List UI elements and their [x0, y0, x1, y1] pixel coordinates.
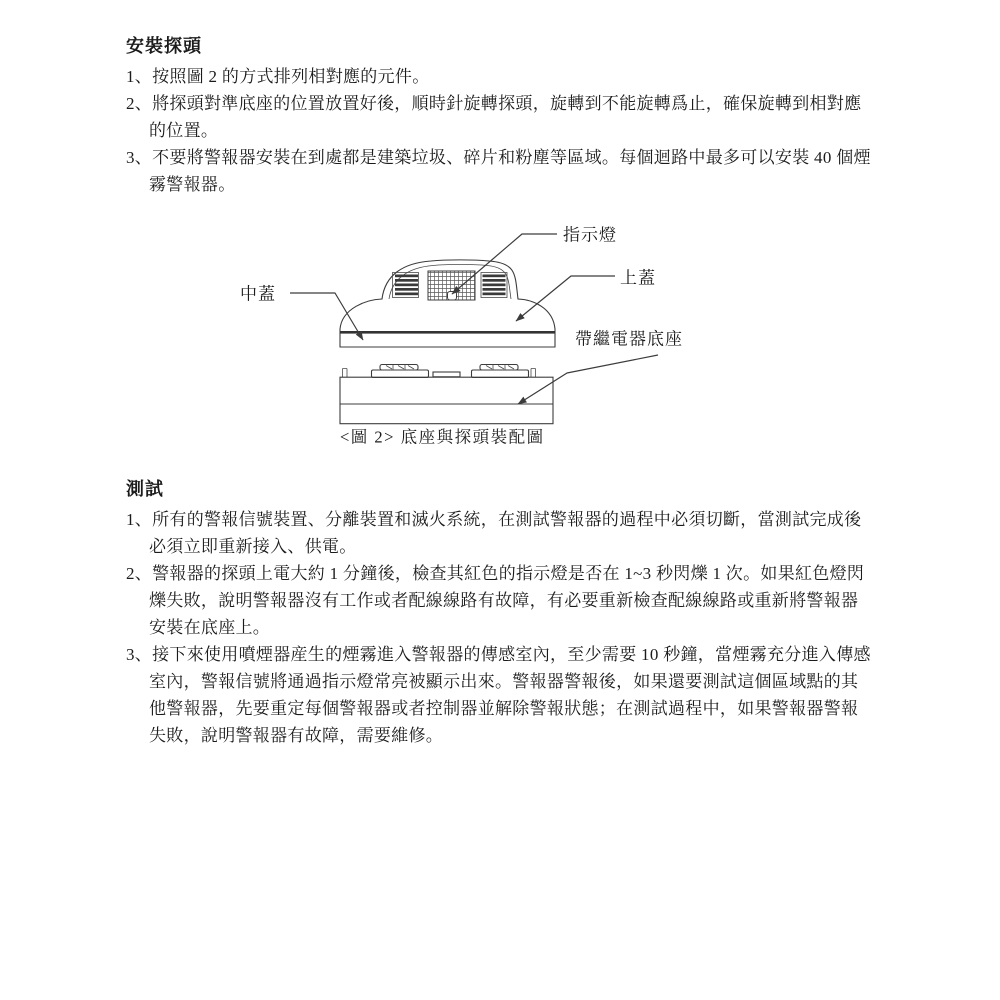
- list-item-line: 爍失敗，說明警報器沒有工作或者配線線路有故障，有必要重新檢查配線線路或重新將警報…: [126, 587, 896, 614]
- label-middle-cover: 中蓋: [240, 285, 276, 304]
- section-test: 測試 1、所有的警報信號裝置、分離裝置和滅火系統，在測試警報器的過程中必須切斷，…: [126, 479, 896, 749]
- list-item-line: 3、不要將警報器安裝在到處都是建築垃圾、碎片和粉塵等區域。每個迴路中最多可以安裝…: [126, 144, 896, 171]
- label-indicator: 指示燈: [563, 226, 617, 245]
- middle-cover-band: [340, 331, 555, 334]
- indicator-led: [448, 292, 457, 301]
- section-install: 安裝探頭 1、按照圖 2 的方式排列相對應的元件。2、將探頭對準底座的位置放置好…: [126, 36, 896, 198]
- leader-lines: [290, 234, 658, 404]
- list-item-line: 1、按照圖 2 的方式排列相對應的元件。: [126, 63, 896, 90]
- leader-relay-base: [518, 355, 658, 404]
- figure-assembly-diagram: 指示燈 上蓋 中蓋 帶繼電器底座 <圖 2> 底座與探頭裝配圖: [230, 212, 750, 464]
- list-item-line: 他警報器，先要重定每個警報器或者控制器並解除警報狀態；在測試過程中，如果警報器警…: [126, 695, 896, 722]
- relay-base-outline: [340, 365, 553, 424]
- list-item-line: 室內，警報信號將通過指示燈常亮被顯示出來。警報器警報後，如果還要測試這個區域點的…: [126, 668, 896, 695]
- leader-upper-cover: [516, 276, 615, 321]
- label-upper-cover: 上蓋: [620, 269, 656, 288]
- section-items: 1、所有的警報信號裝置、分離裝置和滅火系統，在測試警報器的過程中必須切斷，當測試…: [126, 506, 896, 749]
- list-item-line: 3、接下來使用噴煙器産生的煙霧進入警報器的傳感室內，至少需要 10 秒鐘，當煙霧…: [126, 641, 896, 668]
- list-item-line: 1、所有的警報信號裝置、分離裝置和滅火系統，在測試警報器的過程中必須切斷，當測試…: [126, 506, 896, 533]
- list-item-line: 2、警報器的探頭上電大約 1 分鐘後，檢查其紅色的指示燈是否在 1~3 秒閃爍 …: [126, 560, 896, 587]
- list-item-line: 失敗，說明警報器有故障，需要維修。: [126, 722, 896, 749]
- figure-caption: <圖 2> 底座與探頭裝配圖: [340, 428, 545, 447]
- document-page: 安裝探頭 1、按照圖 2 的方式排列相對應的元件。2、將探頭對準底座的位置放置好…: [0, 0, 1000, 1000]
- detector-vents: [393, 271, 508, 300]
- list-item-line: 必須立即重新接入、供電。: [126, 533, 896, 560]
- section-heading: 安裝探頭: [126, 36, 896, 57]
- list-item-line: 的位置。: [126, 117, 896, 144]
- list-item-line: 霧警報器。: [126, 171, 896, 198]
- section-heading: 測試: [126, 479, 896, 500]
- label-relay-base: 帶繼電器底座: [575, 330, 683, 349]
- section-items: 1、按照圖 2 的方式排列相對應的元件。2、將探頭對準底座的位置放置好後，順時針…: [126, 63, 896, 198]
- list-item-line: 2、將探頭對準底座的位置放置好後，順時針旋轉探頭，旋轉到不能旋轉爲止，確保旋轉到…: [126, 90, 896, 117]
- list-item-line: 安裝在底座上。: [126, 614, 896, 641]
- detector-drawing: 指示燈 上蓋 中蓋 帶繼電器底座 <圖 2> 底座與探頭裝配圖: [230, 212, 750, 464]
